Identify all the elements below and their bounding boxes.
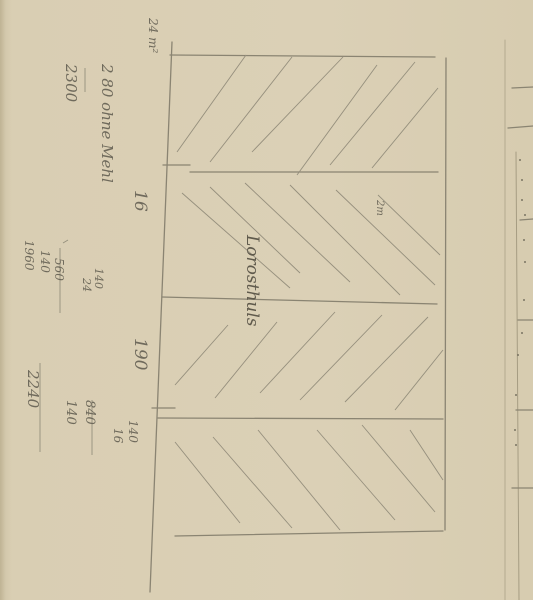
calc-b-140b: 140 bbox=[63, 400, 78, 425]
calc-a-140: 140 bbox=[92, 268, 105, 289]
frame-right-line bbox=[445, 58, 446, 530]
diagram-label-center: Lorosthuls bbox=[242, 235, 262, 327]
note-190: 190 bbox=[130, 338, 150, 370]
note-total-2300: 2300 bbox=[62, 64, 80, 102]
calc-b-840: 840 bbox=[82, 400, 97, 425]
calc-b-2240: 2240 bbox=[24, 370, 42, 408]
note-area-24m2: 24 m² bbox=[146, 18, 160, 53]
diagram-label-2m: 2m bbox=[374, 200, 385, 216]
note-mult-16: 16 bbox=[130, 190, 150, 212]
calc-a-24: 24 bbox=[80, 278, 93, 292]
notebook-page: 24 m² 2 80 ohne Mehl 2300 16 140 24 560 … bbox=[0, 0, 533, 600]
calc-a-560: 560 bbox=[52, 258, 66, 281]
calc-b-140: 140 bbox=[126, 420, 140, 443]
frame-left-line bbox=[150, 42, 172, 592]
calc-a-1960: 1960 bbox=[22, 240, 36, 271]
note-280-ohne-mehl: 2 80 ohne Mehl bbox=[98, 64, 116, 183]
calc-b-16: 16 bbox=[111, 428, 125, 443]
calc-a-140b: 140 bbox=[38, 250, 52, 273]
